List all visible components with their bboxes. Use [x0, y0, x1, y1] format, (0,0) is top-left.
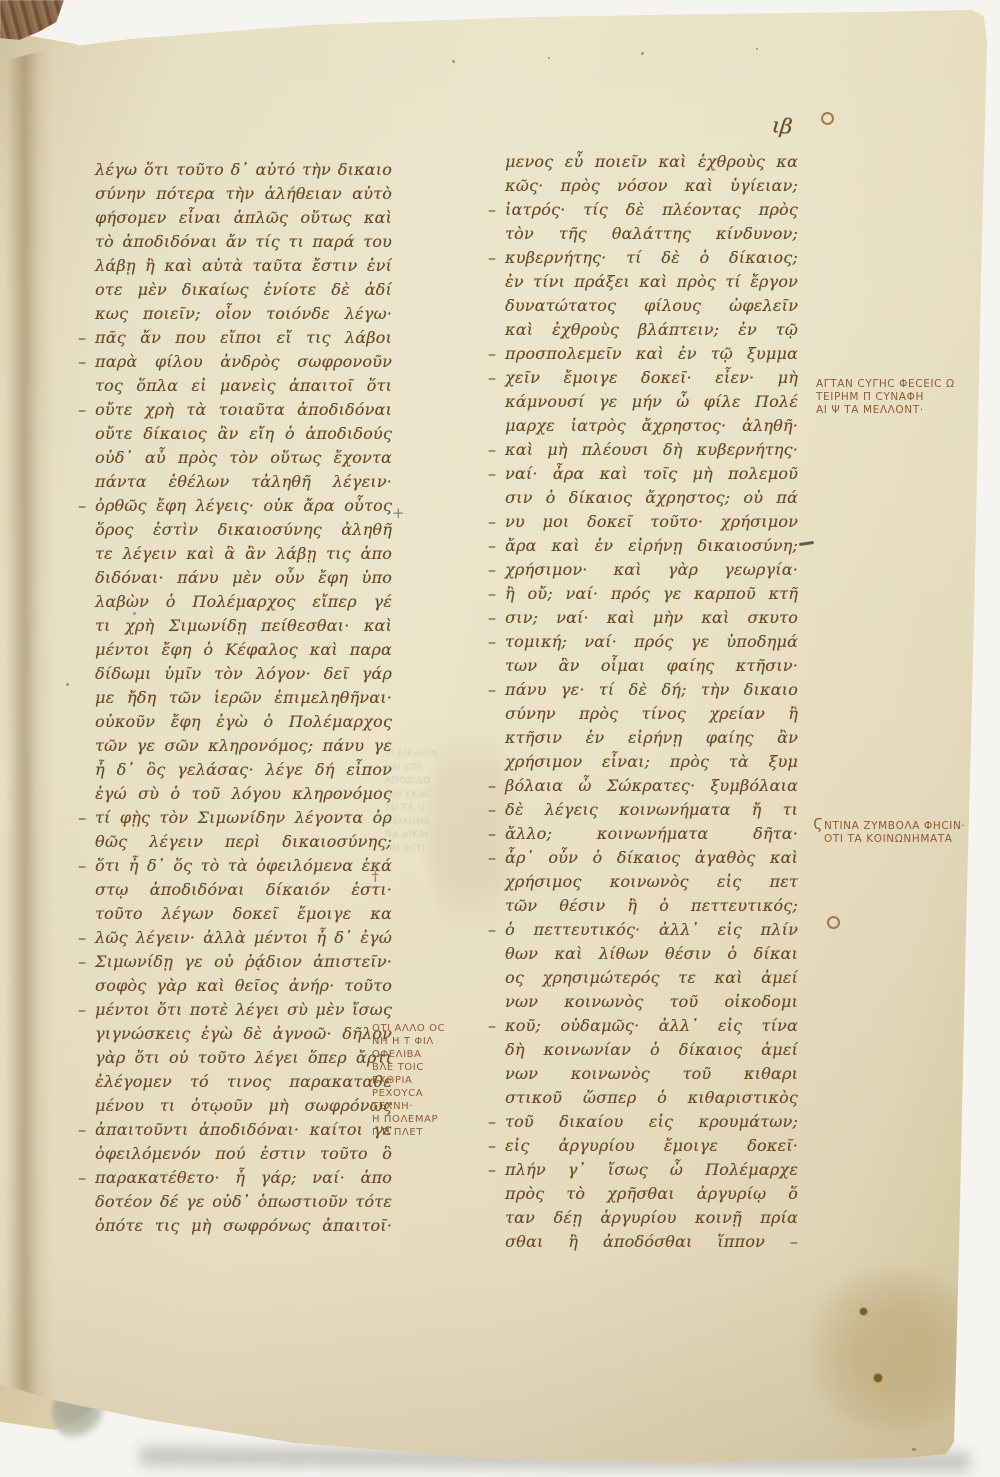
text-line: μαρχε ἰατρὸς ἄχρηστος· ἀληθῆ· — [505, 414, 798, 438]
gutter-fold-shadow — [6, 0, 52, 1477]
text-line: με ἤδη τῶν ἱερῶν ἐπιμεληθῆναι· — [95, 686, 392, 710]
text-line: –παρὰ φίλου ἀνδρὸς σωφρονοῦν — [95, 350, 392, 374]
text-line: δοτέον δέ γε οὐδ᾽ ὁπωστιοῦν τότε — [95, 1190, 392, 1214]
manuscript-page: ιβ λέγω ὅτι τοῦτο δ᾽ αὐτό τὴν δικαιοσύνη… — [0, 0, 1000, 1477]
text-line: κως ποιεῖν; οἷον τοιόνδε λέγω· — [95, 302, 392, 326]
text-line: χρήσιμον εἶναι; πρὸς τὰ ξυμ — [505, 750, 798, 774]
text-line: –μέντοι ὅτι ποτὲ λέγει σὺ μὲν ἴσως — [95, 998, 392, 1022]
text-line: πρὸς τὸ χρῆσθαι ἀργυρίῳ ὅ — [505, 1182, 798, 1206]
text-line: λάβῃ ἢ καὶ αὐτὰ ταῦτα ἔστιν ἐνί — [95, 254, 392, 278]
paragraphos-dash: – — [78, 950, 86, 974]
text-line: σθαι ἢ ἀποδόσθαι ἵππον – — [505, 1230, 798, 1254]
text-line: –κυβερνήτης· τί δὲ ὁ δίκαιος; — [505, 246, 798, 270]
paragraphos-dash: – — [78, 998, 86, 1022]
text-line: –ἄρα καὶ ἐν εἰρήνῃ δικαιοσύνη; — [505, 534, 798, 558]
paragraphos-dash: – — [488, 798, 496, 822]
text-line: δυνατώτατος φίλους ὠφελεῖν — [505, 294, 798, 318]
text-line: στικοῦ ὥσπερ ὁ κιθαριστικὸς — [505, 1086, 798, 1110]
paragraphos-dash: – — [78, 494, 86, 518]
text-line: –σιν; ναί· καὶ μὴν καὶ σκυτο — [505, 606, 798, 630]
text-line: καὶ ἐχθροὺς βλάπτειν; ἐν τῷ — [505, 318, 798, 342]
text-line: σύνην πρὸς τίνος χρείαν ἢ — [505, 702, 798, 726]
paragraphos-dash: – — [488, 918, 496, 942]
text-line: ΑΙ Ψ ΤΑ ΜΕΛΛΟΝΤ· — [816, 404, 996, 417]
text-line: ΤΙ ΔΙΚΑΙΟΝ — [385, 748, 445, 762]
speck — [548, 57, 550, 59]
text-line: ἦ δ᾽ ὃς γελάσας· λέγε δή εἶπον — [95, 758, 392, 782]
text-line: γιγνώσκεις ἐγὼ δὲ ἀγνοῶ· δῆλον — [95, 1022, 392, 1046]
text-line: ΝΑ ΔΙΚΑΙ — [385, 829, 445, 843]
pencil-cross-mark: + — [392, 504, 405, 522]
text-line: ΝΑΙ ΕΚΑϹ — [385, 789, 445, 803]
text-line: τὸν τῆς θαλάττης κίνδυνον; — [505, 222, 798, 246]
text-line: ος χρησιμώτερός τε καὶ ἀμεί — [505, 966, 798, 990]
text-line: διδόναι· πάνυ μὲν οὖν ἔφη ὑπο — [95, 566, 392, 590]
paragraphos-dash: – — [488, 774, 496, 798]
text-line: οὐκοῦν ἔφη ἐγὼ ὁ Πολέμαρχος — [95, 710, 392, 734]
text-line: τε λέγειν καὶ ἃ ἂν λάβῃ τις ἀπο — [95, 542, 392, 566]
ink-cross-mark: † — [372, 870, 379, 885]
text-line: ΩΦΕΛΙΒΑ — [372, 1048, 462, 1061]
text-line: ΒΛΕ ΤΟΙϹ — [372, 1061, 462, 1074]
text-line: τοῦτο λέγων δοκεῖ ἔμοιγε κα — [95, 902, 392, 926]
text-line: οὔτε δίκαιος ἂν εἴη ὁ ἀποδιδούς — [95, 422, 392, 446]
text-line: ΑΓΤΑΝ ϹΥΓΗϹ ΦΕϹΕΙϹ Ω — [816, 378, 996, 391]
text-line: τῶν γε σῶν κληρονόμος; πάνυ γε — [95, 734, 392, 758]
paragraphos-dash: – — [78, 926, 86, 950]
text-line: χρήσιμος κοινωνὸς εἰς πετ — [505, 870, 798, 894]
ring-speck — [821, 112, 834, 125]
paragraphos-dash: – — [488, 438, 496, 462]
text-line: ὀφειλόμενόν πού ἐστιν τοῦτο ὃ — [95, 1142, 392, 1166]
text-line: κῶς· πρὸς νόσον καὶ ὑγίειαν; — [505, 174, 798, 198]
text-line: –ὀρθῶς ἔφη λέγεις· οὐκ ἄρα οὗτος — [95, 494, 392, 518]
text-line: –ἰατρός· τίς δὲ πλέοντας πρὸς — [505, 198, 798, 222]
paragraphos-dash: – — [488, 462, 496, 486]
text-line: –ἀπαιτοῦντι ἀποδιδόναι· καίτοι γε — [95, 1118, 392, 1142]
text-line: –ναί· ἆρα καὶ τοῖς μὴ πολεμοῦ — [505, 462, 798, 486]
paragraphos-dash: – — [488, 822, 496, 846]
paragraphos-dash: – — [488, 606, 496, 630]
wormhole — [860, 1308, 867, 1315]
text-line: ὅρος ἐστὶν δικαιοσύνης ἀληθῆ — [95, 518, 392, 542]
paragraphos-dash: – — [78, 350, 86, 374]
text-line: θῶς λέγειν περὶ δικαιοσύνης; — [95, 830, 392, 854]
text-line: –ἢ οὔ; ναί· πρός γε καρποῦ κτῆ — [505, 582, 798, 606]
text-line: πάντα ἐθέλων τἀληθῆ λέγειν· — [95, 470, 392, 494]
paragraphos-dash: – — [78, 854, 86, 878]
text-line: κτῆσιν ἐν εἰρήνῃ φαίης ἂν — [505, 726, 798, 750]
paragraphos-dash: – — [488, 558, 496, 582]
speck — [641, 52, 644, 55]
text-line: –προσπολεμεῖν καὶ ἐν τῷ ξυμμα — [505, 342, 798, 366]
paragraphos-dash: – — [78, 326, 86, 350]
marginal-note-left: ΟΤΙ ΑΛΛΟ ΟϹΝΗ Η Τ ΦΙΛΩΦΕΛΙΒΑΒΛΕ ΤΟΙϹΕΧΘΡ… — [372, 1022, 462, 1139]
text-line: –πᾶς ἄν που εἴποι εἴ τις λάβοι — [95, 326, 392, 350]
text-line: –τοῦ δικαίου εἰς κρουμάτων; — [505, 1110, 798, 1134]
text-line: –τί φῂς τὸν Σιμωνίδην λέγοντα ὀρ — [95, 806, 392, 830]
text-line: –νυ μοι δοκεῖ τοῦτο· χρήσιμον — [505, 510, 798, 534]
text-column-left: λέγω ὅτι τοῦτο δ᾽ αὐτό τὴν δικαιοσύνην π… — [95, 158, 392, 1238]
text-line: ΝΤΙΝΑ ΖΥΜΒΟΛΑ ΦΗϹΙΝ· — [824, 820, 1000, 833]
text-line: ΦΕΙΛΟΜΕ — [385, 816, 445, 830]
text-line: τὸ ἀποδιδόναι ἄν τίς τι παρά του — [95, 230, 392, 254]
text-line: –κοῦ; οὐδαμῶς· ἀλλ᾽ εἰς τίνα — [505, 1014, 798, 1038]
text-line: δίδωμι ὑμῖν τὸν λόγον· δεῖ γάρ — [95, 662, 392, 686]
text-line: στῳ ἀποδιδόναι δίκαιόν ἐστι· — [95, 878, 392, 902]
folio-number: ιβ — [771, 113, 794, 139]
paragraphos-dash: – — [488, 366, 496, 390]
ghost-note: ΤΙ ΔΙΚΑΙΟΝΚΑΙ ΟΤΙΑΠΟΔΙΔΟΝΑΙ ΕΚΑϹΤΩ ΤΑ ΟΦ… — [385, 748, 445, 856]
paragraphos-dash: – — [488, 1110, 496, 1134]
speck — [66, 683, 69, 686]
text-line: –εἰς ἀργυρίου ἔμοιγε δοκεῖ· — [505, 1134, 798, 1158]
paragraphos-dash: – — [488, 342, 496, 366]
paragraphos-dash: – — [78, 1118, 86, 1142]
paragraphos-dash: – — [488, 582, 496, 606]
text-line: Η ΠΟΛΕΜΑΡ — [372, 1113, 462, 1126]
text-line: –ἆρ᾽ οὖν ὁ δίκαιος ἀγαθὸς καὶ — [505, 846, 798, 870]
text-line: ἐλέγομεν τό τινος παρακαταθε — [95, 1070, 392, 1094]
text-line: λέγω ὅτι τοῦτο δ᾽ αὐτό τὴν δικαιο — [95, 158, 392, 182]
marginal-note-right-2: Ϛ ΝΤΙΝΑ ΖΥΜΒΟΛΑ ΦΗϹΙΝ·ΟΤΙ ΤΑ ΚΟΙΝΩΝΗΜΑΤΑ — [824, 820, 1000, 846]
text-line: ΤΕΙΡΗΜ Π ϹΥΝΑΦΗ — [816, 391, 996, 404]
speck — [756, 48, 758, 50]
text-line: γὰρ ὅτι οὐ τοῦτο λέγει ὅπερ ἄρτι — [95, 1046, 392, 1070]
text-line: θων καὶ λίθων θέσιν ὁ δίκαι — [505, 942, 798, 966]
paragraphos-dash: – — [488, 678, 496, 702]
text-line: ΤΕΧΝΗ· — [372, 1100, 462, 1113]
text-line: ΟΝ ΕϹΤΙ — [385, 843, 445, 857]
text-line: ΚΑΙ ΟΤΙ — [385, 762, 445, 776]
text-line: σιν ὁ δίκαιος ἄχρηστος; οὐ πά — [505, 486, 798, 510]
text-line: Γ Π ΠΛΕΤ — [372, 1126, 462, 1139]
text-line: των ἂν οἶμαι φαίης κτῆσιν· — [505, 654, 798, 678]
paragraphos-dash: – — [488, 846, 496, 870]
text-line: –βόλαια ὦ Σώκρατες· ξυμβόλαια — [505, 774, 798, 798]
parchment-stain — [800, 1270, 990, 1430]
text-column-right: μενος εὖ ποιεῖν καὶ ἐχθροὺς κακῶς· πρὸς … — [505, 150, 798, 1254]
paragraphos-dash: – — [488, 1158, 496, 1182]
text-line: ΤΩ ΤΑ Ο — [385, 802, 445, 816]
paragraphos-dash: – — [488, 510, 496, 534]
text-line: ἐγώ σὺ ὁ τοῦ λόγου κληρονόμος — [95, 782, 392, 806]
text-line: –ὅτι ἦ δ᾽ ὅς τὸ τὰ ὀφειλόμενα ἑκά — [95, 854, 392, 878]
text-line: –ἄλλο; κοινωνήματα δῆτα· — [505, 822, 798, 846]
marginal-ring-mark — [827, 916, 840, 929]
paragraphos-dash: – — [78, 1166, 86, 1190]
text-line: τι χρὴ Σιμωνίδῃ πείθεσθαι· καὶ — [95, 614, 392, 638]
text-line: ΡΕΧΟΥϹΑ — [372, 1087, 462, 1100]
text-line: τῶν θέσιν ἢ ὁ πεττευτικός; — [505, 894, 798, 918]
text-line: οτε μὲν δικαίως ἐνίοτε δὲ ἀδί — [95, 278, 392, 302]
text-line: μένου τι ὁτῳοῦν μὴ σωφρόνως — [95, 1094, 392, 1118]
paragraphos-bracket: Ϛ — [813, 818, 823, 831]
text-line: –παρακατέθετο· ἦ γάρ; ναί· ἀπο — [95, 1166, 392, 1190]
text-line: –οὔτε χρὴ τὰ τοιαῦτα ἀποδιδόναι — [95, 398, 392, 422]
paragraphos-dash: – — [488, 246, 496, 270]
binding-headband — [0, 0, 64, 40]
paragraphos-dash: – — [488, 1014, 496, 1038]
text-line: νων κοινωνὸς τοῦ οἰκοδομι — [505, 990, 798, 1014]
text-line: νων κοινωνὸς τοῦ κιθαρι — [505, 1062, 798, 1086]
text-line: –Σιμωνίδῃ γε οὐ ῥᾴδιον ἀπιστεῖν· — [95, 950, 392, 974]
text-line: μενος εὖ ποιεῖν καὶ ἐχθροὺς κα — [505, 150, 798, 174]
text-line: σοφὸς γὰρ καὶ θεῖος ἀνήρ· τοῦτο — [95, 974, 392, 998]
wormhole — [874, 1374, 882, 1382]
marginal-note-right-1: ΑΓΤΑΝ ϹΥΓΗϹ ΦΕϹΕΙϹ ΩΤΕΙΡΗΜ Π ϹΥΝΑΦΗΑΙ Ψ … — [816, 378, 996, 417]
text-line: ταν δέῃ ἀργυρίου κοινῇ πρία — [505, 1206, 798, 1230]
text-line: ΑΠΟΔΙΔΟ — [385, 775, 445, 789]
text-line: δὴ κοινωνίαν ὁ δίκαιος ἀμεί — [505, 1038, 798, 1062]
text-line: φήσομεν εἶναι ἁπλῶς οὕτως καὶ — [95, 206, 392, 230]
text-line: –χεῖν ἔμοιγε δοκεῖ· εἶεν· μὴ — [505, 366, 798, 390]
text-line: οὐδ᾽ αὖ πρὸς τὸν οὕτως ἔχοντα — [95, 446, 392, 470]
text-line: –πάνυ γε· τί δὲ δή; τὴν δικαιο — [505, 678, 798, 702]
text-line: –χρήσιμον· καὶ γὰρ γεωργία· — [505, 558, 798, 582]
paragraphos-dash: – — [78, 806, 86, 830]
text-line: ΕΧΘΡΙΑ — [372, 1074, 462, 1087]
text-line: –ὁ πεττευτικός· ἀλλ᾽ εἰς πλίν — [505, 918, 798, 942]
speck — [912, 1448, 916, 1451]
text-line: ΝΗ Η Τ ΦΙΛ — [372, 1035, 462, 1048]
text-line: τος ὅπλα εἰ μανεὶς ἀπαιτοῖ ὅτι — [95, 374, 392, 398]
text-line: –τομική; ναί· πρός γε ὑποδημά — [505, 630, 798, 654]
text-line: ΟΤΙ ΑΛΛΟ ΟϹ — [372, 1022, 462, 1035]
text-line: –λῶς λέγειν· ἀλλὰ μέντοι ἦ δ᾽ ἐγώ — [95, 926, 392, 950]
text-line: ἐν τίνι πράξει καὶ πρὸς τί ἔργον — [505, 270, 798, 294]
text-line: κάμνουσί γε μήν ὦ φίλε Πολέ — [505, 390, 798, 414]
text-line: σύνην πότερα τὴν ἀλήθειαν αὐτὸ — [95, 182, 392, 206]
text-line: ΟΤΙ ΤΑ ΚΟΙΝΩΝΗΜΑΤΑ — [824, 833, 1000, 846]
text-line: –δὲ λέγεις κοινωνήματα ἤ τι — [505, 798, 798, 822]
paragraphos-dash: – — [488, 1134, 496, 1158]
text-line: ὁπότε τις μὴ σωφρόνως ἀπαιτοῖ· — [95, 1214, 392, 1238]
text-line: λαβὼν ὁ Πολέμαρχος εἴπερ γέ — [95, 590, 392, 614]
paragraphos-dash: – — [488, 630, 496, 654]
text-line: –πλήν γ᾽ ἴσως ὦ Πολέμαρχε — [505, 1158, 798, 1182]
text-line: μέντοι ἔφη ὁ Κέφαλος καὶ παρα — [95, 638, 392, 662]
paragraphos-dash: – — [78, 398, 86, 422]
text-line: –καὶ μὴ πλέουσι δὴ κυβερνήτης· — [505, 438, 798, 462]
manuscript-photo: ιβ λέγω ὅτι τοῦτο δ᾽ αὐτό τὴν δικαιοσύνη… — [0, 0, 1000, 1477]
paragraphos-dash: – — [488, 534, 496, 558]
paragraphos-dash: – — [488, 198, 496, 222]
speck — [452, 60, 455, 63]
